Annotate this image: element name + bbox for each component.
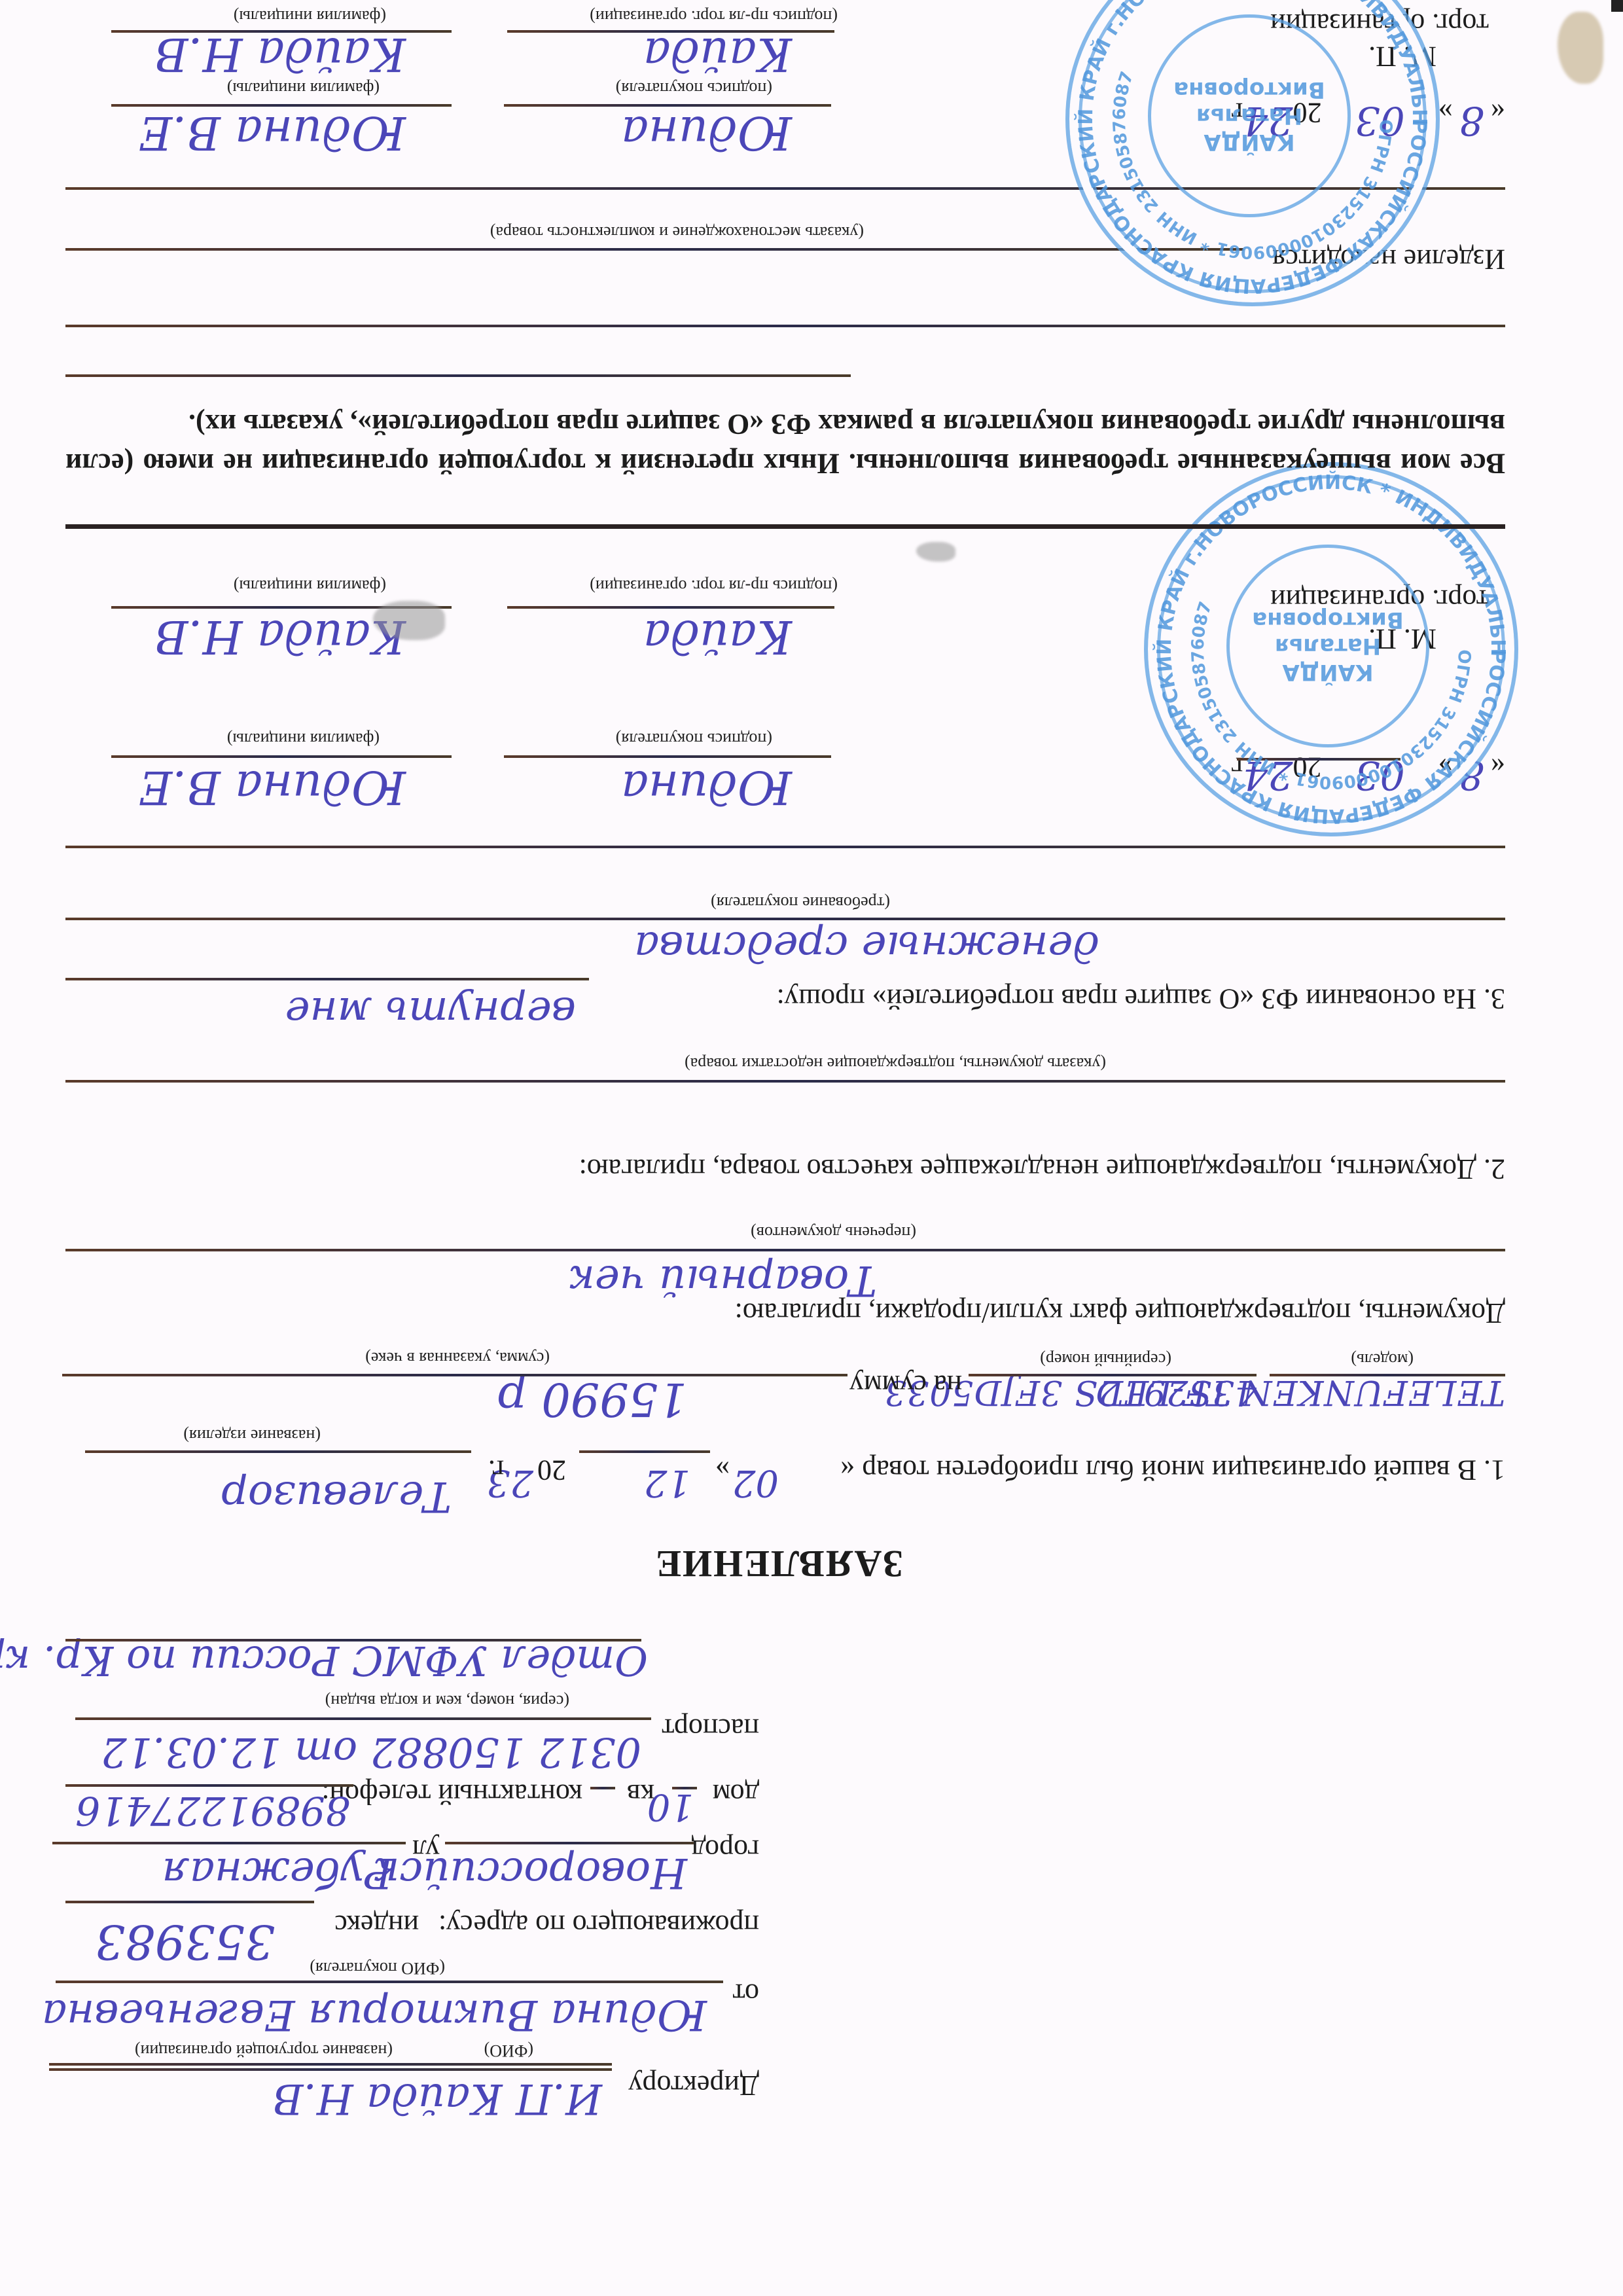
- director-value: И.П Кайда Н.В: [273, 2077, 602, 2119]
- sig1-seller-signature-caption: (подпись пр-ля торг. организации): [590, 577, 838, 594]
- stamp-center-line3: Викторовна: [1252, 607, 1404, 633]
- sig1-seller-name: Кайда Н.В: [154, 614, 406, 660]
- section1-intro: 1. В вашей организации мной был приобрет…: [840, 1454, 1505, 1486]
- seller-stamp-1: РОССИЙСКАЯ ФЕДЕРАЦИЯ КРАСНОДАРСКИЙ КРАЙ …: [1144, 462, 1518, 836]
- index-underline: [65, 1901, 314, 1903]
- section3-caption: (требование покупателя): [711, 894, 890, 911]
- sig2-seller-signature: Кайда: [643, 31, 792, 77]
- stamp-center-line1: КАЙДА: [1204, 129, 1294, 155]
- sig2-buyer-name-caption: (фамилия инициалы): [227, 80, 380, 97]
- stamp-center: КАЙДА Наталья Викторовна: [1148, 14, 1351, 217]
- sig1-buyer-signature-line: [504, 755, 831, 758]
- section3-underline-2: [65, 918, 1505, 920]
- final-statement-underline-2: [65, 325, 1505, 327]
- director-underline-2: [49, 2063, 612, 2066]
- section3-underline-3: [65, 846, 1505, 848]
- sig2-buyer-signature-line: [504, 104, 831, 107]
- model-caption: (модель): [1351, 1351, 1414, 1368]
- sum-caption: (сумма, указанная в чеке): [365, 1350, 550, 1367]
- purchase-day: 02: [732, 1464, 779, 1501]
- sig1-buyer-signature: Юдина: [621, 764, 792, 810]
- purchase-docs-underline: [65, 1249, 1505, 1251]
- scan-smudge: [916, 542, 955, 562]
- from-caption: (ФИО покупателя): [310, 1960, 445, 1977]
- serial-caption: (серийный номер): [1040, 1351, 1171, 1368]
- house-label: дом: [713, 1780, 759, 1808]
- sig2-buyer-signature-caption: (подпись покупателя): [616, 80, 772, 97]
- product-name-underline: [85, 1450, 471, 1453]
- passport-underline: [75, 1717, 651, 1720]
- section3-underline-1: [65, 978, 589, 980]
- purchase-month: 12: [644, 1464, 690, 1501]
- claim-form-page: Директору И.П Кайда Н.В (ФИО) (название …: [0, 0, 1623, 2296]
- passport-caption: (серия, номер, кем и когда выдан): [325, 1693, 569, 1710]
- director-underline: [49, 2068, 612, 2071]
- location-underline: [65, 248, 1243, 251]
- phone-underline: [65, 1784, 353, 1787]
- from-underline: [56, 1981, 723, 1983]
- stamp-center: КАЙДА Наталья Викторовна: [1226, 545, 1429, 747]
- section3-text: 3. На основании ФЗ «О защите прав потреб…: [777, 984, 1505, 1013]
- year-prefix: 20: [537, 1456, 566, 1484]
- model-underline: [1270, 1374, 1505, 1376]
- sig2-seller-name: Кайда Н.В: [154, 31, 406, 77]
- sig1-buyer-name-caption: (фамилия инициалы): [227, 730, 380, 747]
- phone-label: контактный телефон:: [321, 1780, 582, 1808]
- director-label: Директору: [628, 2071, 759, 2100]
- product-name-caption: (название изделия): [183, 1427, 321, 1444]
- purchase-docs-value: Товарный чек: [570, 1259, 877, 1301]
- from-label: от: [732, 1979, 759, 2008]
- product-name-value: Телевизор: [221, 1475, 452, 1517]
- passport-value: 0312 150882 от 12.03.12: [101, 1732, 641, 1772]
- document-title: ЗАЯВЛЕНИЕ: [654, 1545, 903, 1583]
- stamp-center-line3: Викторовна: [1173, 77, 1325, 103]
- sig2-buyer-name-line: [111, 104, 452, 107]
- stamp-center-line1: КАЙДА: [1282, 659, 1373, 685]
- street-label: ул: [412, 1835, 440, 1864]
- purchase-docs-caption: (перечень документов): [751, 1224, 916, 1241]
- house-underline: [672, 1787, 697, 1789]
- passport-issuer-underline: [65, 1639, 641, 1641]
- director-caption-fio: (ФИО): [484, 2042, 533, 2059]
- sig2-day: 8: [1453, 98, 1491, 143]
- apt-underline: [590, 1787, 615, 1789]
- index-value: 353983: [95, 1918, 275, 1965]
- location-caption: (указать местонахождение и комплектность…: [490, 224, 864, 241]
- director-caption-org: (название торгующей организации): [135, 2042, 393, 2059]
- stamp-center-line2: Наталья: [1196, 103, 1302, 129]
- scan-edge-damage: [1558, 12, 1603, 84]
- index-label: индекс: [334, 1910, 419, 1939]
- final-statement-text: Все мои вышеуказанные требования выполне…: [65, 404, 1505, 483]
- sig1-buyer-signature-caption: (подпись покупателя): [616, 730, 772, 747]
- sig2-seller-name-caption: (фамилия инициалы): [234, 8, 386, 25]
- sum-value: 15990 р: [497, 1376, 687, 1422]
- final-statement-divider: [65, 524, 1505, 529]
- street-underline: [52, 1842, 406, 1844]
- city-underline: [445, 1842, 694, 1844]
- scan-corner-mark: [1611, 0, 1623, 12]
- sig2-seller-name-line: [111, 30, 452, 33]
- sig1-seller-name-caption: (фамилия инициалы): [234, 577, 386, 594]
- sig2-buyer-signature: Юдина: [621, 110, 792, 156]
- sig1-seller-signature-line: [507, 606, 834, 609]
- section3-value-line1: вернуть мне: [285, 991, 576, 1033]
- city-label: город: [691, 1835, 759, 1864]
- address-label: проживающего по адресу:: [438, 1910, 759, 1939]
- final-statement-underline: [65, 374, 851, 377]
- section2-caption: (указать документы, подтверждающие недос…: [685, 1055, 1106, 1072]
- date-close-quote: »: [715, 1456, 730, 1484]
- sig2-buyer-name: Юдина В.Е: [139, 110, 406, 156]
- sum-label: на сумму: [849, 1371, 962, 1399]
- passport-issuer-value: Отдел УФМС России по Кр. кр.: [0, 1640, 648, 1681]
- apt-label: кв: [627, 1780, 654, 1808]
- passport-label: паспорт: [662, 1714, 759, 1743]
- section1-text: 1. В вашей организации мной был приобрет…: [840, 1456, 1505, 1484]
- month-underline: [579, 1450, 710, 1453]
- section3-value-line2: денежные средства: [634, 925, 1099, 967]
- sig2-date-close: »: [1438, 97, 1453, 129]
- sig1-seller-signature: Кайда: [643, 614, 792, 660]
- sum-underline: [62, 1374, 847, 1376]
- street-value: Рубежная: [162, 1852, 393, 1893]
- serial-underline: [969, 1374, 1257, 1376]
- seller-stamp-2: РОССИЙСКАЯ ФЕДЕРАЦИЯ КРАСНОДАРСКИЙ КРАЙ …: [1065, 0, 1440, 306]
- stamp-center-line2: Наталья: [1275, 633, 1381, 659]
- sig1-buyer-name-line: [111, 755, 452, 758]
- section2-text: 2. Документы, подтверждающие ненадлежаще…: [579, 1155, 1506, 1183]
- buyer-fio-value: Юдина Виктория Евгеньевна: [42, 1994, 707, 2036]
- year-suffix: г.: [488, 1456, 504, 1484]
- sig1-buyer-name: Юдина В.Е: [139, 764, 406, 810]
- phone-value: 89891227416: [75, 1791, 350, 1830]
- sig2-seller-signature-caption: (подпись пр-ля торг. организации): [590, 8, 838, 25]
- sig2-seller-signature-line: [507, 30, 834, 33]
- sig2-date-open: «: [1491, 97, 1505, 129]
- section2-underline: [65, 1080, 1505, 1083]
